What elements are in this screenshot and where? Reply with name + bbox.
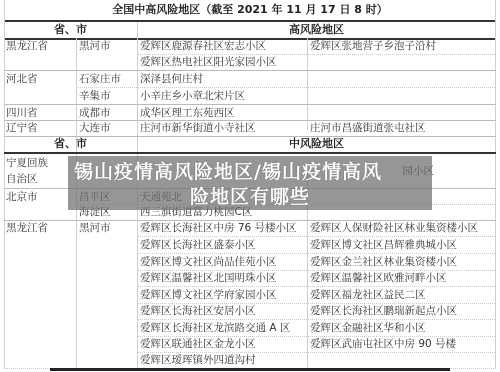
area-cell: 爱辉区张地营子乡泡子沿村 <box>308 37 496 55</box>
bottom-border <box>50 368 450 371</box>
area-cell: 爱辉区温馨社区北国明珠小区 <box>138 269 308 287</box>
province-cell: 北京市 <box>4 188 76 206</box>
area-cell: 爱辉区瑷珲镇外四道沟村 <box>138 351 308 369</box>
table-title: 全国中高风险地区（截至 2021 年 11 月 17 日 8 时） <box>4 0 496 22</box>
mid-risk-header-areas: 中风险地区 <box>137 136 496 154</box>
city-cell: 大连市 <box>77 119 137 137</box>
area-cell: 爱辉区博文社区昌辉雅典城小区 <box>308 236 496 254</box>
headline-line-2: 险地区有哪些 <box>190 182 310 209</box>
area-cell: 爱辉区人保财险社区林业集资楼小区 <box>308 219 496 237</box>
province-cell: 辽宁省 <box>4 119 76 137</box>
city-cell: 黑河市 <box>77 37 137 55</box>
area-cell: 爱辉区温馨社区欧雅河畔小区 <box>308 269 496 287</box>
city-cell: 黑河市 <box>77 219 137 237</box>
area-cell: 爱辉区长海社区中房 76 号楼小区 <box>138 219 308 237</box>
area-cell: 爱辉区武庙屯社区中房 90 号楼 <box>308 335 496 353</box>
area-cell: 爱辉区长海社区鹏瑞新起点小区 <box>308 302 496 320</box>
city-cell: 石家庄市 <box>77 70 137 88</box>
area-cell: 爱辉区热电社区阳光家园小区 <box>138 53 308 71</box>
province-cell-line2: 自治区 <box>4 170 76 188</box>
area-cell: 小辛庄乡小章北宋片区 <box>138 87 308 105</box>
province-cell: 黑龙江省 <box>4 37 76 55</box>
area-cell: 深泽县何庄村 <box>138 70 308 88</box>
area-cell: 爱辉区长海社区盛泰小区 <box>138 236 308 254</box>
area-cell: 庄河市昌盛街道张屯社区 <box>308 119 496 137</box>
mid-risk-header-province-city: 省、市 <box>4 136 137 154</box>
province-cell: 河北省 <box>4 70 76 88</box>
province-cell: 黑龙江省 <box>4 219 76 237</box>
area-cell: 庄河市新华街道小寺社区 <box>138 119 308 137</box>
city-cell: 辛集市 <box>77 87 137 105</box>
area-cell: 爱辉区长海社区安居小区 <box>138 302 308 320</box>
headline-line-1: 锡山疫情高风险地区/锡山疫情高风 <box>74 157 382 184</box>
